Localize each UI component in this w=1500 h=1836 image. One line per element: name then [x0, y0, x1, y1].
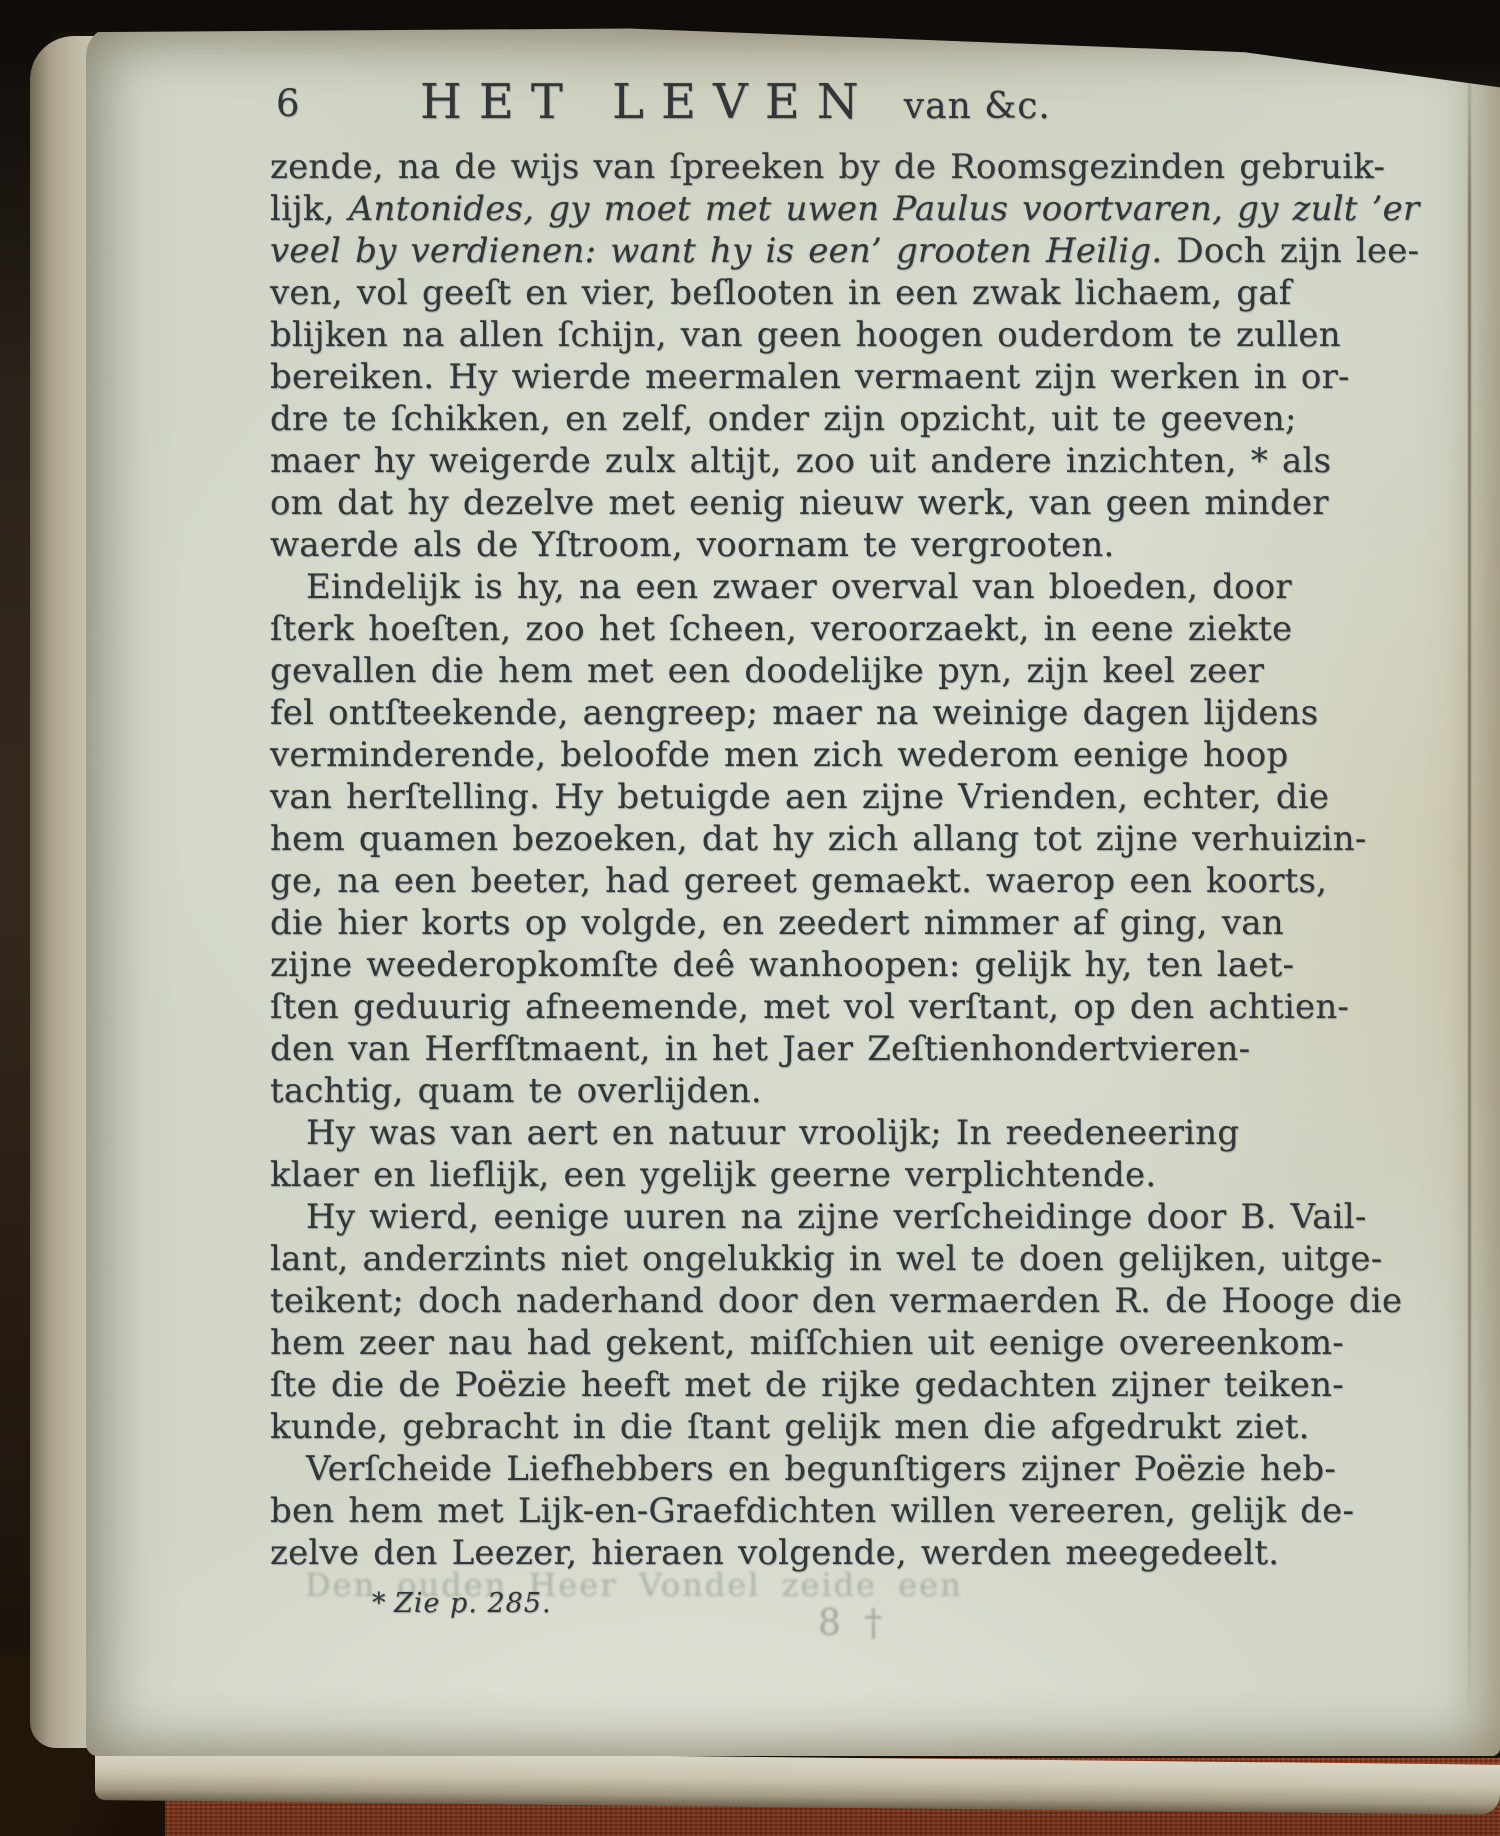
text-line: bereiken. Hy wierde meermalen vermaent z…: [270, 356, 1374, 398]
text-line: hem zeer nau had gekent, miſſchien uit e…: [270, 1322, 1374, 1364]
text-line: verminderende, beloofde men zich wederom…: [270, 734, 1374, 776]
text-line: Hy was van aert en natuur vroolijk; In r…: [270, 1112, 1374, 1154]
text-line: maer hy weigerde zulx altijt, zoo uit an…: [270, 440, 1374, 482]
text-line: Verſcheide Liefhebbers en begunſtigers z…: [270, 1448, 1374, 1490]
text-line: tachtig, quam te overlijden.: [270, 1070, 1374, 1112]
text-line: dre te ſchikken, en zelf, onder zijn opz…: [270, 398, 1374, 440]
text-line: zende, na de wijs van ſpreeken by de Roo…: [270, 146, 1374, 188]
text-line: ſten geduurig afneemende, met vol verſta…: [270, 986, 1374, 1028]
text-line: die hier korts op volgde, en zeedert nim…: [270, 902, 1374, 944]
text-line: hem quamen bezoeken, dat hy zich allang …: [270, 818, 1374, 860]
page-fold-crease: [1468, 40, 1471, 1720]
text-line: van herſtelling. Hy betuigde aen zijne V…: [270, 776, 1374, 818]
text-line: zelve den Leezer, hieraen volgende, werd…: [270, 1532, 1374, 1574]
text-line: lijk, Antonides, gy moet met uwen Paulus…: [270, 188, 1374, 230]
header-title: HET LEVEN: [420, 74, 876, 130]
text-line: Eindelijk is hy, na een zwaer overval va…: [270, 566, 1374, 608]
page-number: 6: [276, 82, 300, 125]
text-line: ge, na een beeter, had gereet gemaekt. w…: [270, 860, 1374, 902]
text-line: klaer en lieflijk, een ygelijk geerne ve…: [270, 1154, 1374, 1196]
text-line: ven, vol geeſt en vier, beſlooten in een…: [270, 272, 1374, 314]
text-line: teikent; doch naderhand door den vermaer…: [270, 1280, 1374, 1322]
text-line: Hy wierd, eenige uuren na zijne verſchei…: [270, 1196, 1374, 1238]
text-line: gevallen die hem met een doodelijke pyn,…: [270, 650, 1374, 692]
book-photo: Den ouden Heer Vondel zeide een 8 † 6 HE…: [0, 0, 1500, 1836]
text-line: om dat hy dezelve met eenig nieuw werk, …: [270, 482, 1374, 524]
text-line: lant, anderzints niet ongelukkig in wel …: [270, 1238, 1374, 1280]
text-line: den van Herfſtmaent, in het Jaer Zeſtien…: [270, 1028, 1374, 1070]
text-line: blijken na allen ſchijn, van geen hoogen…: [270, 314, 1374, 356]
header-title-group: HET LEVEN van &c.: [420, 74, 1051, 130]
body-text: zende, na de wijs van ſpreeken by de Roo…: [270, 146, 1374, 1574]
text-line: zijne weederopkomſte deê wanhoopen: geli…: [270, 944, 1374, 986]
text-line: waerde als de Yſtroom, voornam te vergro…: [270, 524, 1374, 566]
text-line: fel ontſteekende, aengreep; maer na wein…: [270, 692, 1374, 734]
footnote-marker: *: [372, 1588, 386, 1619]
running-header: 6 HET LEVEN van &c.: [270, 74, 1374, 136]
text-line: ſte die de Poëzie heeft met de rijke ged…: [270, 1364, 1374, 1406]
footnote-text: Zie p. 285.: [394, 1588, 552, 1619]
text-line: veel by verdienen: want hy is een’ groot…: [270, 230, 1374, 272]
header-title-suffix: van &c.: [904, 86, 1051, 127]
text-line: kunde, gebracht in die ſtant gelijk men …: [270, 1406, 1374, 1448]
text-line: ben hem met Lijk-en-Graefdichten willen …: [270, 1490, 1374, 1532]
text-line: ſterk hoeſten, zoo het ſcheen, veroorzae…: [270, 608, 1374, 650]
footnote: * Zie p. 285.: [270, 1588, 1374, 1619]
printed-content: 6 HET LEVEN van &c. zende, na de wijs va…: [270, 74, 1374, 1619]
